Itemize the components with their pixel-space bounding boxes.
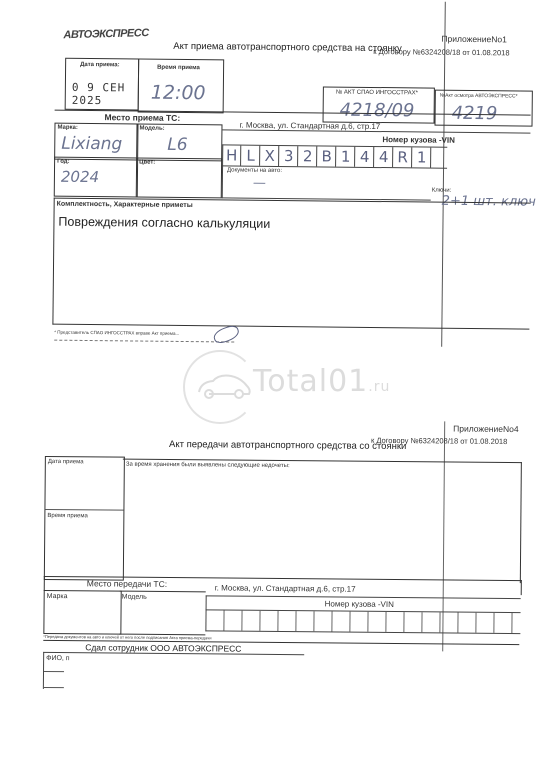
vin-box[interactable] — [206, 610, 224, 630]
vin-box[interactable] — [476, 613, 494, 633]
model-value: L6 — [167, 135, 188, 155]
fio-cell: ФИО, п — [43, 652, 304, 691]
car-icon — [195, 372, 253, 400]
vin-char: 2 — [299, 146, 317, 166]
vin-box[interactable] — [458, 613, 476, 633]
model-label: Модель: — [139, 126, 164, 132]
cut-line — [54, 340, 234, 343]
act-receive-sheet: АВТОЭКСПРЕСС ПриложениеNo1 к Договору №6… — [0, 0, 560, 348]
equipment-block: Комплектность, Характерные приметы Повре… — [52, 198, 530, 330]
date-label: Дата приема: — [80, 62, 120, 68]
fio-label: ФИО, п — [46, 655, 70, 662]
model-label: Модель — [122, 594, 147, 601]
vin-box[interactable] — [422, 612, 440, 632]
vin-char: H — [223, 145, 241, 165]
vin-box[interactable] — [404, 612, 422, 632]
vin-box[interactable] — [368, 612, 386, 632]
vin-char: L — [242, 146, 260, 166]
watermark-domain: .ru — [368, 379, 390, 395]
place-value: г. Москва, ул. Стандартная д.6, стр.17 — [215, 583, 356, 593]
divider — [45, 509, 123, 511]
vin-char: 4 — [356, 147, 374, 167]
make-cell: Марка: Lixiang — [54, 123, 138, 161]
year-value: 2024 — [61, 168, 99, 186]
equipment-value: Повреждения согласно калькуляции — [58, 215, 270, 231]
vin-boxes — [205, 609, 520, 634]
company-logo: АВТОЭКСПРЕСС — [63, 27, 149, 41]
vin-box[interactable] — [350, 612, 368, 632]
vin-char: R — [394, 147, 412, 167]
divider — [44, 671, 64, 672]
divider — [44, 687, 64, 688]
vin-label: Номер кузова -VIN — [382, 135, 455, 145]
place-label: Место передачи ТС: — [87, 578, 167, 589]
appendix-label: ПриложениеNo1 — [441, 34, 507, 45]
model-cell: Модель: L6 — [136, 123, 222, 161]
date-time-column: Дата приема Время приема — [44, 456, 125, 581]
date-cell: Дата приема: 0 9 СЕН 2025 — [65, 58, 140, 111]
act-title: Акт передачи автотранспортного средства … — [169, 439, 406, 452]
watermark-brand: Total01 — [253, 364, 368, 399]
vin-box[interactable] — [224, 611, 242, 631]
vin-char: 1 — [413, 147, 431, 167]
year-cell: Год: 2024 — [54, 157, 138, 198]
footnote: * Представитель СПАО ИНГОССТРАХ вправе А… — [54, 330, 179, 336]
act-title: Акт приема автотранспортного средства на… — [173, 41, 402, 54]
vin-box[interactable] — [278, 611, 296, 631]
make-label: Марка — [47, 593, 68, 600]
notes-label: За время хранения были выявлены следующи… — [126, 462, 290, 469]
time-value: 12:00 — [151, 82, 206, 105]
equipment-label: Комплектность, Характерные приметы — [57, 201, 193, 209]
vin-char: B — [318, 146, 336, 166]
vin-box[interactable] — [440, 612, 458, 632]
avtoexpress-act-label: №Акт осмотра АВТОЭКСПРЕСС* — [440, 93, 518, 100]
vin-box[interactable] — [386, 612, 404, 632]
notes-block: За время хранения были выявлены следующи… — [122, 459, 522, 583]
vin-box[interactable] — [314, 611, 332, 631]
vin-box[interactable] — [260, 611, 278, 631]
vin-box[interactable] — [242, 611, 260, 631]
docs-cell: Документы на авто: — — [222, 165, 431, 200]
docs-value: — — [253, 176, 266, 191]
spao-act-label: № АКТ СПАО ИНГОССТРАХ* — [336, 90, 418, 97]
time-label: Время приема — [47, 513, 88, 519]
date-label: Дата приема — [48, 459, 84, 465]
docs-label: Документы на авто: — [227, 167, 282, 174]
vin-box[interactable] — [494, 613, 512, 633]
vin-label: Номер кузова -VIN — [325, 599, 394, 609]
date-value: 0 9 СЕН 2025 — [72, 81, 138, 108]
place-label: Место приема ТС: — [105, 112, 181, 123]
vin-char: 3 — [280, 146, 298, 166]
appendix-label: ПриложениеNo4 — [453, 424, 519, 435]
time-label: Время приема — [157, 65, 200, 71]
make-cell: Марка — [43, 590, 121, 635]
vin-box[interactable] — [332, 611, 350, 631]
color-label: Цвет: — [139, 160, 155, 166]
act-transfer-sheet: ПриложениеNo4 к Договору №6324208/18 от … — [0, 408, 560, 713]
make-label: Марка: — [57, 125, 77, 131]
watermark-text: Total01.ru — [253, 364, 390, 399]
make-value: Lixiang — [61, 134, 122, 155]
vin-box[interactable] — [296, 611, 314, 631]
color-cell: Цвет: — [136, 157, 222, 198]
vin-char: X — [261, 146, 279, 166]
time-cell: Время приема 12:00 — [138, 59, 225, 114]
year-label: Год: — [57, 159, 70, 165]
vin-char: 4 — [375, 147, 393, 167]
model-cell: Модель — [119, 591, 205, 636]
vin-char: 1 — [337, 147, 355, 167]
